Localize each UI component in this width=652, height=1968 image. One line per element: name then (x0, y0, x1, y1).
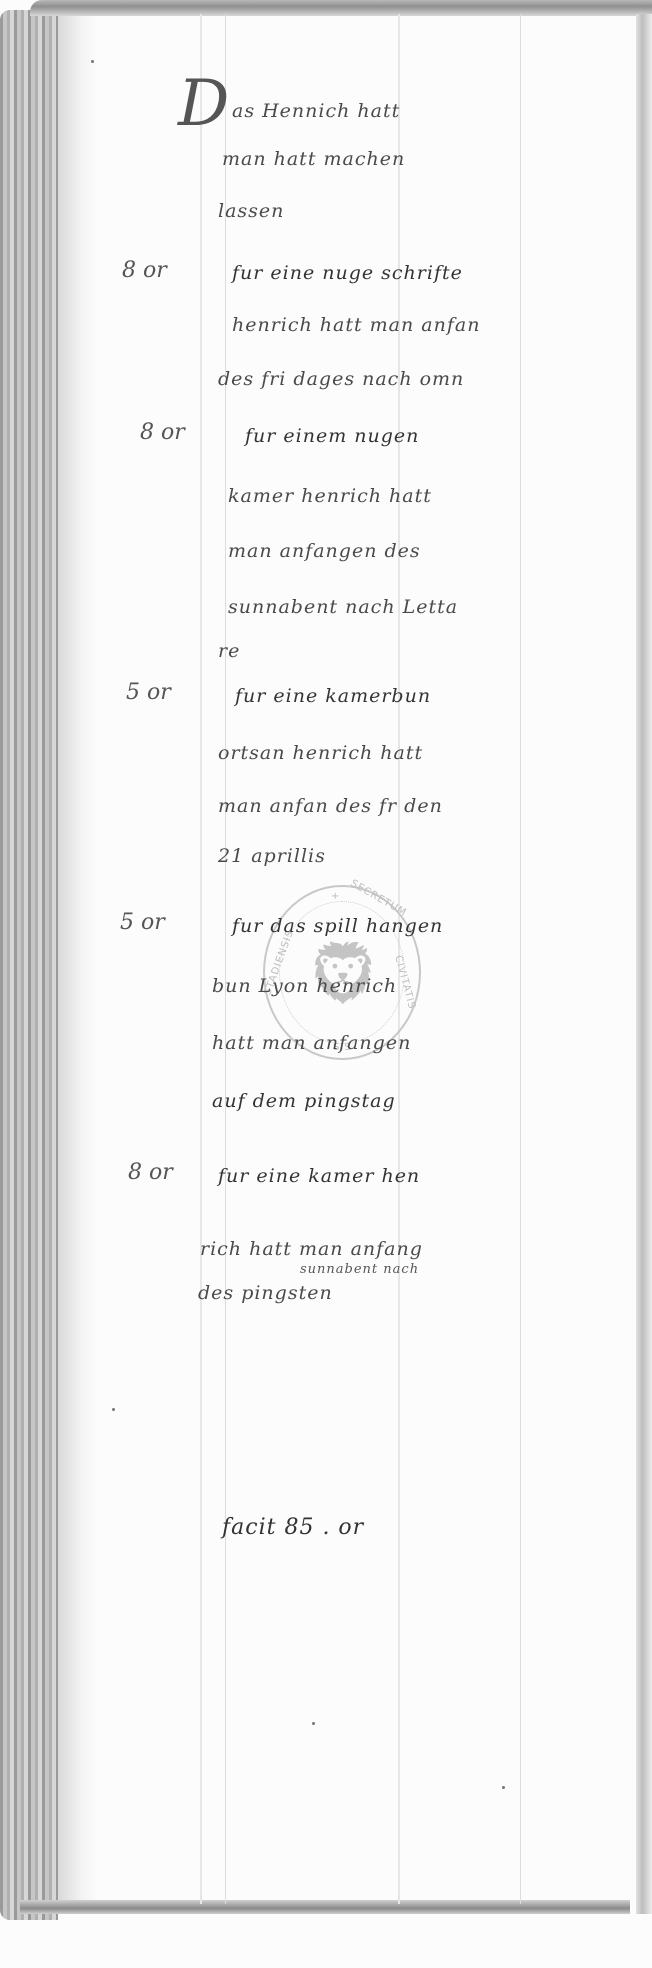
lion-emblem-icon: 🦁︎ (303, 935, 383, 1011)
entry-2-line-1: fur einem nugen (245, 425, 419, 447)
entry-4-line-3: hatt man anfangen (212, 1032, 411, 1054)
heading-line-2: man hatt machen (222, 148, 405, 170)
entry-2-amount: 8 or (140, 420, 185, 445)
entry-4-amount: 5 or (120, 910, 165, 935)
entry-1-line-2: henrich hatt man anfan (232, 314, 480, 336)
entry-3-line-2: ortsan henrich hatt (218, 742, 423, 764)
entry-3-line-4: 21 aprillis (218, 845, 326, 867)
entry-1-line-3: des fri dages nach omn (218, 368, 464, 390)
entry-5-line-2: rich hatt man anfang (200, 1238, 423, 1260)
entry-2-line-3: man anfangen des (228, 540, 421, 562)
total-line: facit 85 . or (222, 1515, 364, 1540)
ink-speck (112, 1408, 115, 1411)
manuscript-page: D as Hennich hatt man hatt machen lassen… (0, 0, 652, 1968)
binding-edge (0, 10, 58, 1920)
entry-4-line-4: auf dem pingstag (212, 1090, 396, 1112)
heading-line-1: as Hennich hatt (232, 100, 400, 122)
entry-4-line-2: bun Lyon henrich (212, 975, 397, 997)
entry-3-line-3: man anfan des fr den (218, 795, 443, 817)
entry-2-line-5: re (218, 640, 240, 662)
entry-5-amount: 8 or (128, 1160, 173, 1185)
entry-1-line-1: fur eine nuge schrifte (232, 262, 463, 284)
heading-line-3: lassen (218, 200, 284, 222)
margin-rule (225, 14, 226, 1904)
entry-2-line-2: kamer henrich hatt (228, 485, 432, 507)
right-page-edge (636, 14, 652, 1914)
entry-2-line-4: sunnabent nach Letta (228, 596, 458, 618)
ink-speck (312, 1722, 315, 1725)
ink-speck (91, 60, 94, 63)
entry-3-line-1: fur eine kamerbun (235, 685, 431, 707)
top-page-edge (30, 0, 652, 16)
gutter-shadow (58, 14, 98, 1904)
entry-3-amount: 5 or (126, 680, 171, 705)
entry-4-line-1: fur das spill hangen (232, 915, 443, 937)
fold-line (200, 14, 202, 1904)
bottom-page-edge (20, 1900, 630, 1914)
margin-rule (520, 14, 521, 1904)
entry-1-amount: 8 or (122, 258, 167, 283)
entry-5-line-1: fur eine kamer hen (218, 1165, 420, 1187)
entry-5-interlinear: sunnabent nach (300, 1262, 419, 1277)
stamp-separator: + (331, 891, 340, 902)
entry-5-line-3: des pingsten (198, 1282, 333, 1304)
decorated-initial: D (178, 72, 229, 136)
ink-speck (502, 1786, 505, 1789)
